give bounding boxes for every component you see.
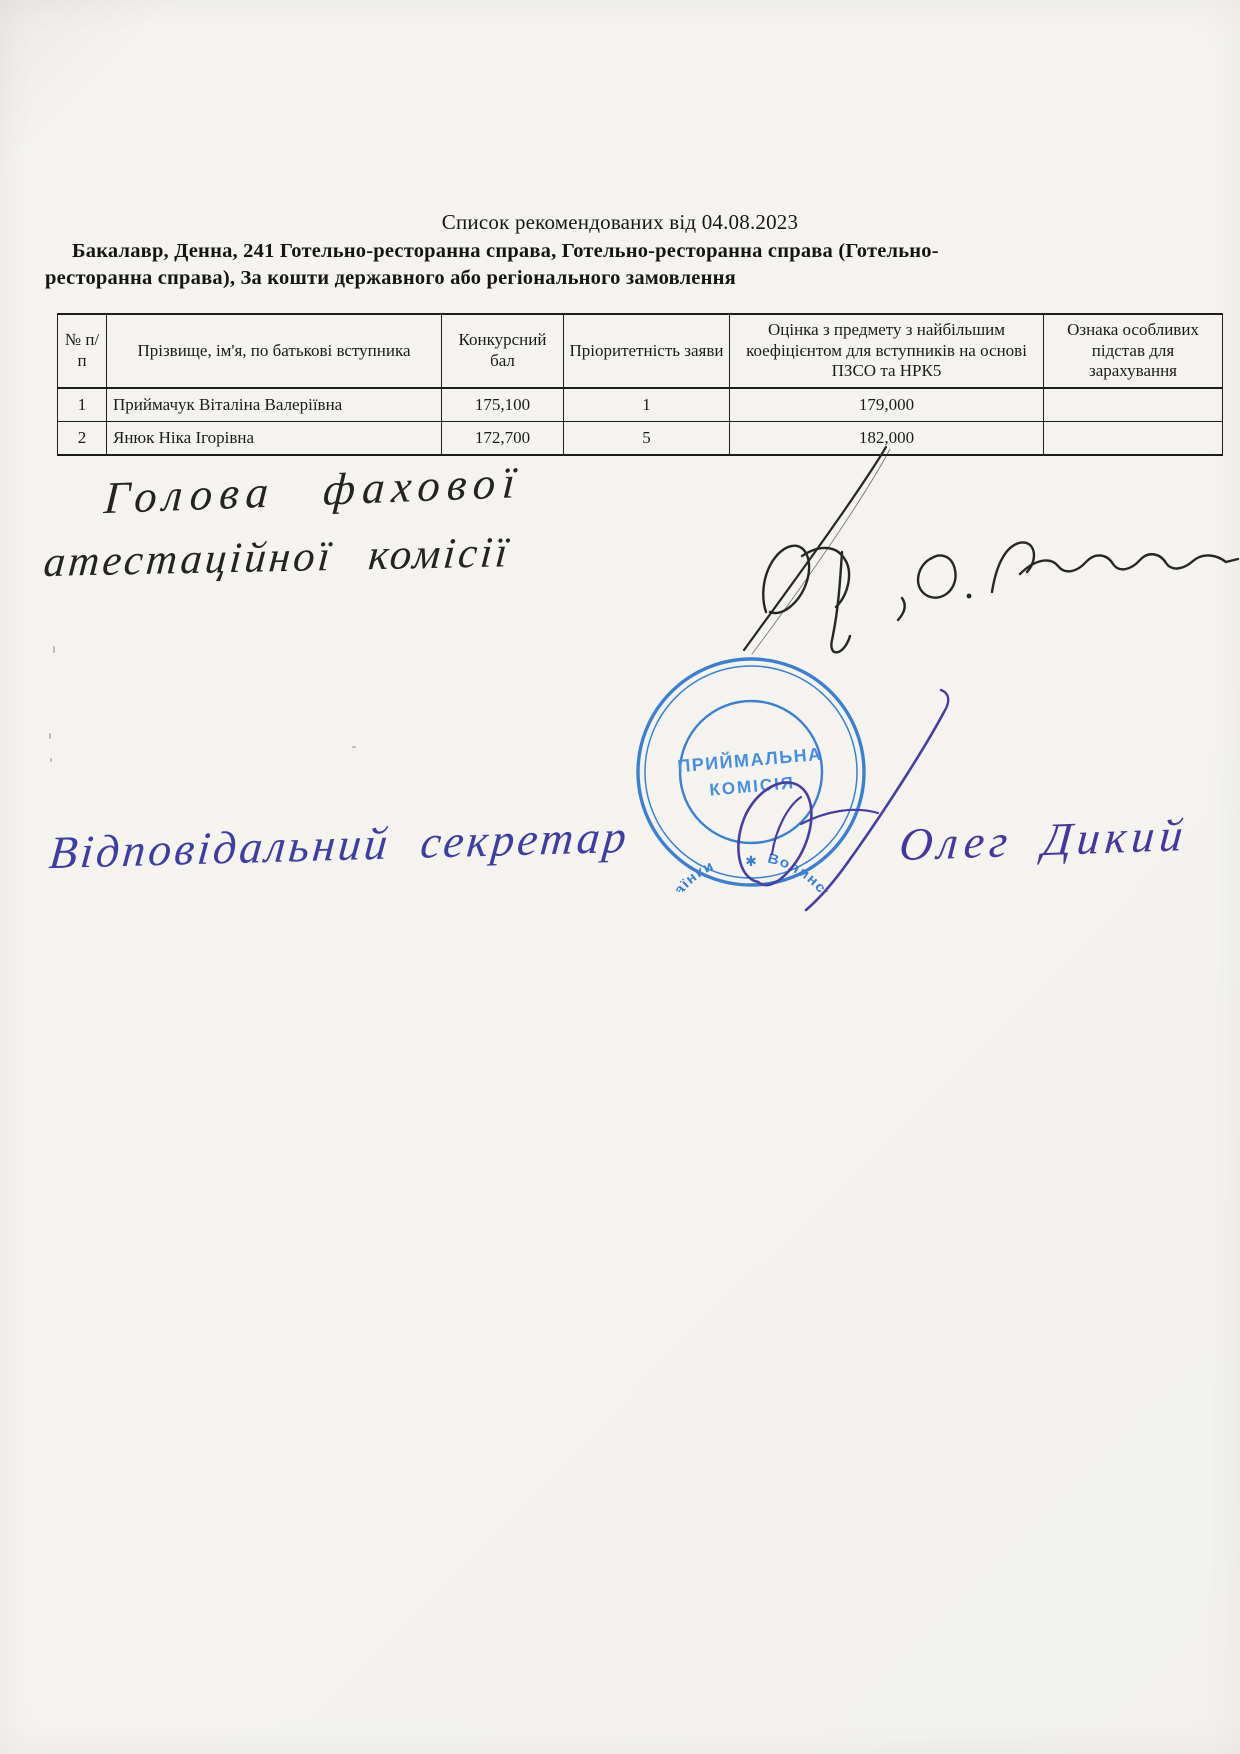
document-subtitle-line-1: Бакалавр, Денна, 241 Готельно-ресторанна… [72, 240, 939, 263]
signatures-overlay [0, 0, 1240, 1754]
cell-fullname: Приймачук Віталіна Валеріївна [107, 388, 442, 422]
scan-noise-speck [53, 646, 55, 653]
header-cell-score: Конкурсний бал [442, 314, 564, 388]
handwritten-secretary-role: Відповідальний секретар [47, 810, 632, 879]
document-title: Список рекомендованих від 04.08.2023 [0, 210, 1240, 235]
stamp-center-line-1: ПРИЙМАЛЬНА [676, 743, 823, 777]
cell-subject-score: 179,000 [730, 388, 1044, 422]
header-cell-subject-score: Оцінка з предмету з найбільшим коефіцієн… [730, 314, 1044, 388]
cell-score: 175,100 [442, 388, 564, 422]
cell-priority: 1 [564, 388, 730, 422]
stamp-separator-star: ✱ [745, 855, 757, 870]
cell-fullname: Янюк Ніка Ігорівна [107, 422, 442, 456]
stamp-outer-ring [638, 659, 864, 885]
handwritten-head-role-line-1: Голова фахової [103, 456, 524, 524]
scanned-document-page: Список рекомендованих від 04.08.2023 Бак… [0, 0, 1240, 1754]
table-header-row: № п/п Прізвище, ім'я, по батькові вступн… [58, 314, 1223, 388]
stamp-inner-ring [680, 701, 822, 843]
cell-score: 172,700 [442, 422, 564, 456]
handwritten-secretary-name: Олег Дикий [897, 808, 1190, 871]
header-cell-number: № п/п [58, 314, 107, 388]
table-row: 2 Янюк Ніка Ігорівна 172,700 5 182,000 [58, 422, 1223, 456]
scan-noise-speck [50, 758, 52, 762]
applicants-table: № п/п Прізвище, ім'я, по батькові вступн… [57, 313, 1223, 456]
cell-special [1044, 422, 1223, 456]
document-subtitle-line-2: ресторанна справа), За кошти державного … [45, 267, 736, 290]
scan-noise-speck [352, 746, 356, 748]
cell-number: 2 [58, 422, 107, 456]
cell-subject-score: 182,000 [730, 422, 1044, 456]
admission-committee-stamp: Волинський національний університет імен… [631, 652, 871, 892]
cell-priority: 5 [564, 422, 730, 456]
secretary-signature [738, 690, 948, 910]
header-cell-fullname: Прізвище, ім'я, по батькові вступника [107, 314, 442, 388]
stamp-middle-ring [645, 666, 857, 878]
stamp-ring-text: Волинський національний університет імен… [649, 850, 853, 892]
head-signature [744, 447, 1238, 654]
stamp-center-line-2: КОМІСІЯ [709, 773, 796, 799]
cell-number: 1 [58, 388, 107, 422]
handwritten-head-role-line-2: атестаційної комісії [42, 528, 512, 587]
header-cell-special: Ознака особливих підстав для зарахування [1044, 314, 1223, 388]
scan-noise-speck [49, 733, 51, 739]
svg-text:Волинський національний універ: Волинський національний університет імен… [649, 850, 853, 892]
header-cell-priority: Пріоритетність заяви [564, 314, 730, 388]
cell-special [1044, 388, 1223, 422]
table-row: 1 Приймачук Віталіна Валеріївна 175,100 … [58, 388, 1223, 422]
